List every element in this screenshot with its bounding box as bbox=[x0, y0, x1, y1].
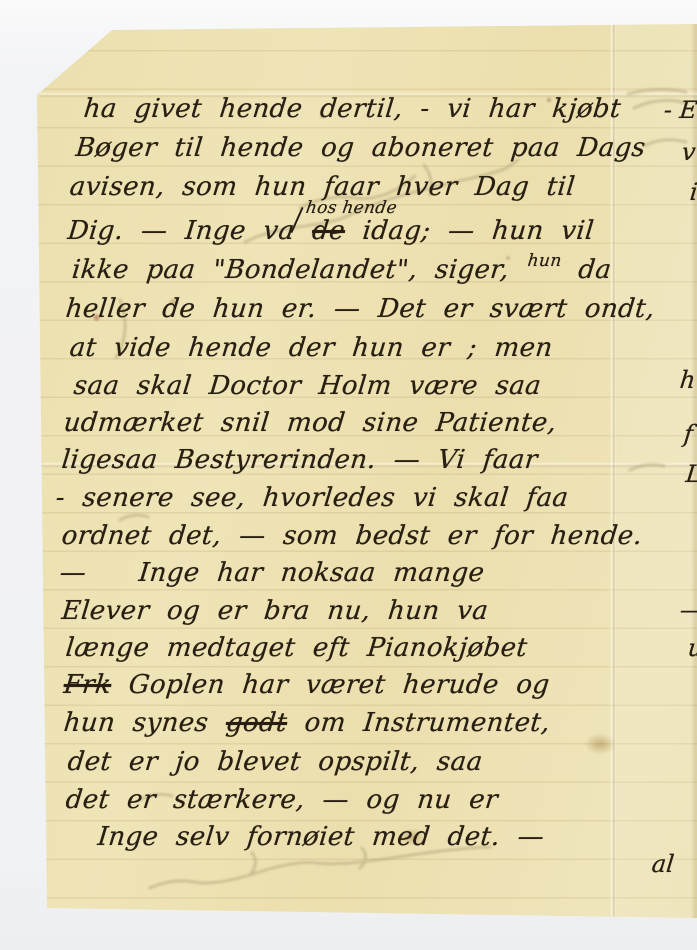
line-text: det er jo blevet opspilt, saa bbox=[66, 747, 484, 777]
letter-line-1: ha givet hende dertil, - vi har kjøbt bbox=[82, 92, 623, 126]
letter-line-14: Elever og er bra nu, hun va bbox=[60, 594, 490, 628]
letter-line-16: Frk Goplen har været herude og bbox=[62, 668, 551, 702]
line-text: udmærket snil mod sine Patiente, bbox=[62, 408, 558, 438]
letter-line-2: Bøger til hende og aboneret paa Dags bbox=[74, 131, 647, 165]
edge-fragment: h bbox=[679, 366, 697, 394]
letter-line-13: — Inge har noksaa mange bbox=[58, 556, 486, 590]
letter-line-15: længe medtaget eft Pianokjøbet bbox=[64, 631, 529, 665]
struck-word: Frk bbox=[62, 670, 113, 700]
letter-line-20: Inge selv fornøiet med det. — bbox=[96, 820, 546, 854]
struck-word: de bbox=[311, 216, 347, 246]
line-text: ligesaa Bestyrerinden. — Vi faar bbox=[60, 445, 539, 475]
letter-line-9: udmærket snil mod sine Patiente, bbox=[62, 406, 558, 440]
line-text: at vide hende der hun er ; men bbox=[68, 333, 554, 363]
edge-fragment: L bbox=[685, 460, 697, 488]
line-text: længe medtaget eft Pianokjøbet bbox=[64, 633, 529, 663]
line-text: - senere see, hvorledes vi skal faa bbox=[54, 483, 570, 513]
letter-line-11: - senere see, hvorledes vi skal faa bbox=[54, 481, 570, 515]
edge-fragment: v bbox=[681, 138, 697, 166]
edge-fragment: u bbox=[687, 634, 697, 662]
line-text: saa skal Doctor Holm være saa bbox=[72, 371, 543, 401]
line-text: idag; — hun vil bbox=[343, 216, 595, 246]
edge-fragment: al bbox=[651, 850, 676, 878]
letter-line-5: ikke paa "Bondelandet", siger, hun da bbox=[70, 253, 613, 290]
edge-fragment: - E bbox=[663, 96, 697, 124]
struck-word: godt bbox=[224, 708, 288, 738]
line-text: om Instrumentet, bbox=[285, 708, 551, 738]
line-text: Elever og er bra nu, hun va bbox=[60, 596, 490, 626]
edge-fragment: — bbox=[679, 596, 697, 624]
line-text: ikke paa "Bondelandet", siger, bbox=[71, 255, 529, 285]
line-text: — Inge har noksaa mange bbox=[58, 558, 486, 588]
line-text: det er stærkere, — og nu er bbox=[64, 785, 499, 815]
letter-line-19: det er stærkere, — og nu er bbox=[64, 783, 500, 817]
line-text: da bbox=[559, 255, 613, 285]
letter-line-17: hun synes godt om Instrumentet, bbox=[62, 706, 552, 740]
superscript-word: hun bbox=[527, 251, 563, 271]
letter-line-12: ordnet det, — som bedst er for hende. bbox=[60, 519, 644, 553]
line-text: Dig. — Inge va bbox=[66, 216, 314, 246]
line-text: Inge selv fornøiet med det. — bbox=[96, 822, 546, 852]
line-text: heller de hun er. — Det er svært ondt, bbox=[64, 294, 656, 324]
stain bbox=[584, 733, 616, 755]
letter-line-4: Dig. — Inge va de idag; — hun vil bbox=[66, 214, 596, 248]
letter-line-8: saa skal Doctor Holm være saa bbox=[72, 369, 543, 403]
letter-paper-sheet: ha givet hende dertil, - vi har kjøbt Bø… bbox=[0, 0, 697, 950]
line-text: Bøger til hende og aboneret paa Dags bbox=[74, 133, 647, 163]
scanned-page: ha givet hende dertil, - vi har kjøbt Bø… bbox=[0, 0, 697, 950]
letter-line-10: ligesaa Bestyrerinden. — Vi faar bbox=[60, 443, 539, 477]
line-text: hun synes bbox=[62, 708, 227, 738]
line-text: Goplen har været herude og bbox=[110, 670, 551, 700]
letter-line-6: heller de hun er. — Det er svært ondt, bbox=[64, 292, 657, 326]
line-text: ha givet hende dertil, - vi har kjøbt bbox=[82, 94, 622, 124]
line-text: ordnet det, — som bedst er for hende. bbox=[60, 521, 644, 551]
letter-line-18: det er jo blevet opspilt, saa bbox=[66, 745, 484, 779]
letter-line-7: at vide hende der hun er ; men bbox=[68, 331, 554, 365]
